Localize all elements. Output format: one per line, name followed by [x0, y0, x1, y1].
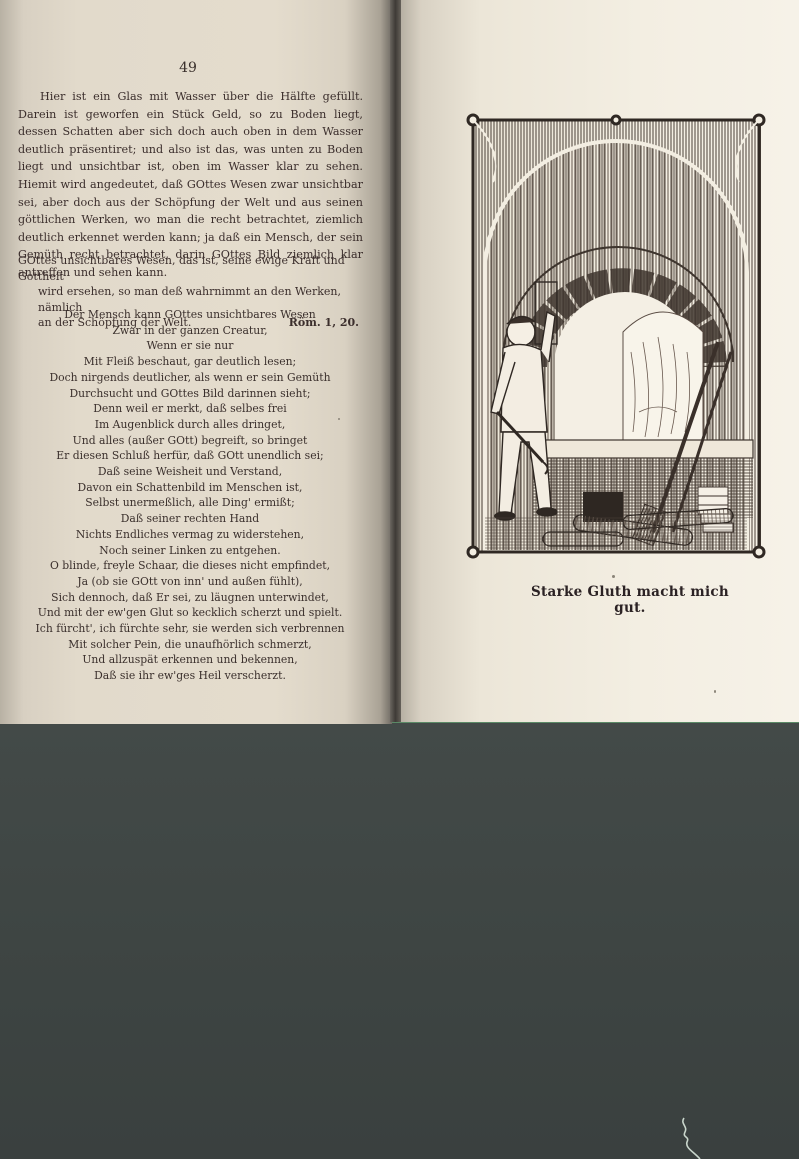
- poem-line: Daß seine Weisheit und Verstand,: [10, 464, 370, 480]
- poem-line: Er diesen Schluß herfür, daß GOtt unendl…: [10, 448, 370, 464]
- poem-line: Und alles (außer GOtt) begreift, so brin…: [10, 433, 370, 449]
- poem-line: Daß sie ihr ew'ges Heil verscherzt.: [10, 668, 370, 684]
- poem-line: Ich fürcht', ich fürchte sehr, sie werde…: [10, 621, 370, 637]
- poem-line: Mit Fleiß beschaut, gar deutlich lesen;: [10, 354, 370, 370]
- poem-line: Im Augenblick durch alles dringet,: [10, 417, 370, 433]
- woodcut-illustration: [463, 112, 769, 560]
- illustration-caption: Starke Gluth macht mich gut.: [520, 584, 740, 616]
- poem-line: Daß seiner rechten Hand: [10, 511, 370, 527]
- poem-line: Durchsucht und GOttes Bild darinnen sieh…: [10, 386, 370, 402]
- poem-line: Selbst unermeßlich, alle Ding' ermißt;: [10, 495, 370, 511]
- poem-line: Doch nirgends deutlicher, als wenn er se…: [10, 370, 370, 386]
- quote-line: GOttes unsichtbares Wesen, das ist, sein…: [18, 253, 363, 284]
- page-number: 49: [168, 60, 208, 76]
- left-page: 49 Hier ist ein Glas mit Wasser über die…: [0, 0, 392, 724]
- poem-line: Denn weil er merkt, daß selbes frei: [10, 401, 370, 417]
- poem-line: Mit solcher Pein, die unaufhörlich schme…: [10, 637, 370, 653]
- poem-line: Sich dennoch, daß Er sei, zu läugnen unt…: [10, 590, 370, 606]
- poem-line: Davon ein Schattenbild im Menschen ist,: [10, 480, 370, 496]
- thread-fiber-icon: [672, 1112, 712, 1159]
- poem-line: Noch seiner Linken zu entgehen.: [10, 543, 370, 559]
- paper-speck: [612, 575, 615, 578]
- poem-line: Der Mensch kann GOttes unsichtbares Wese…: [10, 307, 370, 323]
- poem: Der Mensch kann GOttes unsichtbares Wese…: [10, 307, 370, 684]
- poem-line: Wenn er sie nur: [10, 338, 370, 354]
- paper-speck: [714, 690, 716, 693]
- dark-background: [0, 722, 799, 1159]
- poem-line: Und mit der ew'gen Glut so kecklich sche…: [10, 605, 370, 621]
- poem-line: Und allzuspät erkennen und bekennen,: [10, 652, 370, 668]
- poem-line: O blinde, freyle Schaar, die dieses nich…: [10, 558, 370, 574]
- poem-line: Zwar in der ganzen Creatur,: [10, 323, 370, 339]
- paper-speck: [338, 418, 340, 420]
- poem-line: Ja (ob sie GOtt von inn' und außen fühlt…: [10, 574, 370, 590]
- poem-line: Nichts Endliches vermag zu widerstehen,: [10, 527, 370, 543]
